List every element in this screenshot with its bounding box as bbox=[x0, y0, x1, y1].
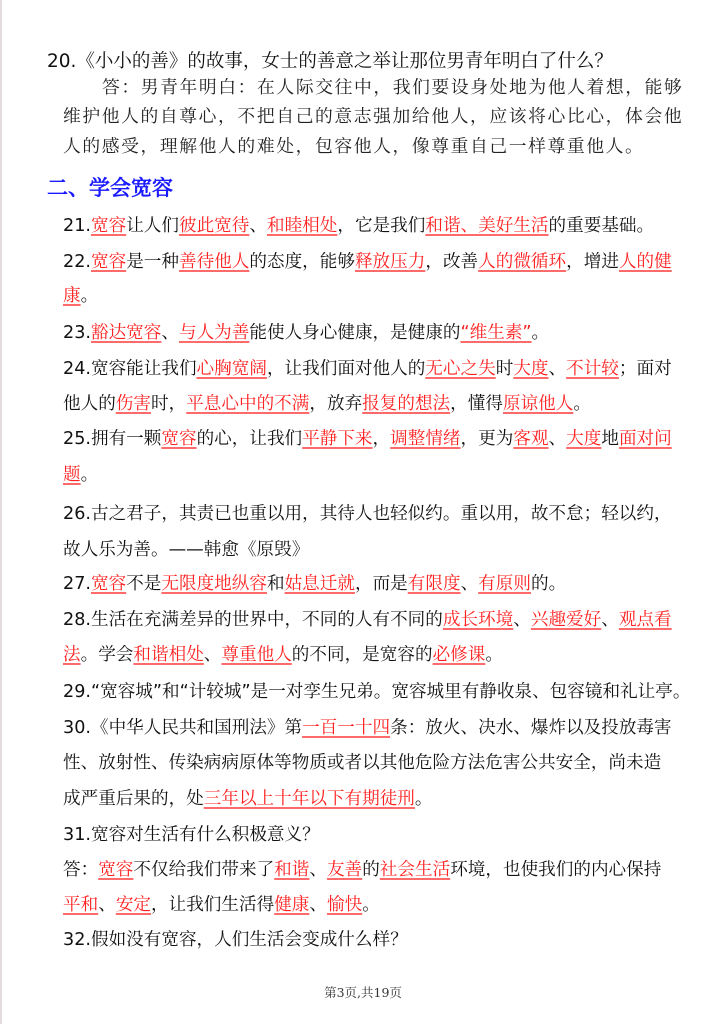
text-line: 24.宽容能让我们心胸宽阔，让我们面对他人的无心之失时大度、不计较；面对 bbox=[63, 358, 672, 380]
highlighted-keyword: 友善 bbox=[327, 860, 362, 880]
text-segment: ，增进 bbox=[566, 252, 619, 272]
text-segment: 。 bbox=[81, 286, 99, 306]
text-segment: 性、放射性、传染病病原体等物质或者以其他危险方法危害公共安全，尚未造 bbox=[63, 753, 661, 773]
highlighted-keyword: 宽容 bbox=[161, 429, 196, 449]
highlighted-keyword: 大度 bbox=[513, 359, 548, 379]
text-segment: 、 bbox=[309, 860, 327, 880]
text-segment: ，让我们面对他人的 bbox=[267, 359, 425, 379]
text-line: 他人的伤害时，平息心中的不满，放弃报复的想法，懂得原谅他人。 bbox=[63, 393, 591, 415]
highlighted-keyword: 彼此宽待 bbox=[179, 216, 249, 236]
text-segment: 是一种 bbox=[126, 252, 179, 272]
highlighted-keyword: 观点看 bbox=[619, 610, 672, 630]
text-segment: 32.假如没有宽容，人们生活会变成什么样？ bbox=[63, 930, 408, 950]
text-line: 32.假如没有宽容，人们生活会变成什么样？ bbox=[63, 929, 408, 951]
highlighted-keyword: 有原则 bbox=[478, 574, 531, 594]
highlighted-keyword: 客观 bbox=[513, 429, 548, 449]
highlighted-keyword: 宽容 bbox=[91, 574, 126, 594]
highlighted-keyword: 宽容 bbox=[91, 216, 126, 236]
highlighted-keyword: 报复的想法 bbox=[362, 394, 450, 414]
highlighted-keyword: 原谅他人 bbox=[503, 394, 573, 414]
question-20: 20.《小小的善》的故事，女士的善意之举让那位男青年明白了什么？ bbox=[47, 51, 613, 73]
highlighted-keyword: 不计较 bbox=[566, 359, 619, 379]
text-segment: 的重要基础。 bbox=[549, 216, 655, 236]
text-segment: 21. bbox=[63, 216, 91, 236]
highlighted-keyword: 三年以上十年以下有期徒刑 bbox=[204, 789, 415, 809]
highlighted-keyword: 愉快 bbox=[327, 895, 362, 915]
text-segment: 条：放火、决水、爆炸以及投放毒害 bbox=[390, 718, 672, 738]
text-line: 22.宽容是一种善待他人的态度，能够释放压力，改善人的微循环，增进人的健 bbox=[63, 251, 672, 273]
highlighted-keyword: 和谐 bbox=[274, 860, 309, 880]
text-segment: 22. bbox=[63, 252, 91, 272]
text-line: 康。 bbox=[63, 285, 98, 307]
text-line: 答：宽容不仅给我们带来了和谐、友善的社会生活环境，也使我们的内心保持 bbox=[63, 859, 661, 881]
highlighted-keyword: 大度 bbox=[566, 429, 601, 449]
text-segment: 、 bbox=[461, 574, 479, 594]
highlighted-keyword: 兴趣爱好 bbox=[531, 610, 601, 630]
text-segment: 23. bbox=[63, 323, 91, 343]
text-line: 性、放射性、传染病病原体等物质或者以其他危险方法危害公共安全，尚未造 bbox=[63, 752, 661, 774]
highlighted-keyword: 伤害 bbox=[116, 394, 151, 414]
text-segment: ，它是我们 bbox=[337, 216, 425, 236]
text-segment: 不是 bbox=[126, 574, 161, 594]
highlighted-keyword: 尊重他人 bbox=[221, 645, 291, 665]
text-segment: 24.宽容能让我们 bbox=[63, 359, 197, 379]
page-edge bbox=[0, 0, 2, 1024]
highlighted-keyword: 善待他人 bbox=[179, 252, 249, 272]
text-segment: 、 bbox=[309, 895, 327, 915]
highlighted-keyword: 姑息迁就 bbox=[285, 574, 355, 594]
text-segment: 、 bbox=[513, 610, 531, 630]
text-segment: 的不同，是宽容的 bbox=[292, 645, 433, 665]
highlighted-keyword: 必修课 bbox=[433, 645, 486, 665]
text-segment: ，懂得 bbox=[450, 394, 503, 414]
highlighted-keyword: 无限度地纵容 bbox=[161, 574, 267, 594]
text-segment: 答： bbox=[63, 860, 98, 880]
highlighted-keyword: 一百一十四 bbox=[302, 718, 390, 738]
text-segment: 31.宽容对生活有什么积极意义？ bbox=[63, 825, 320, 845]
text-line: 30.《中华人民共和国刑法》第一百一十四条：放火、决水、爆炸以及投放毒害 bbox=[63, 717, 672, 739]
text-segment: 。 bbox=[532, 323, 550, 343]
text-segment: 25.拥有一颗 bbox=[63, 429, 161, 449]
text-segment: 他人的 bbox=[63, 394, 116, 414]
text-line: 27.宽容不是无限度地纵容和姑息迁就，而是有限度、有原则的。 bbox=[63, 573, 566, 595]
highlighted-keyword: 题 bbox=[63, 465, 81, 485]
text-segment: 29.“宽容城”和“计较城”是一对孪生兄弟。宽容城里有静收泉、包容镜和礼让亭。 bbox=[63, 682, 690, 702]
highlighted-keyword: 宽容 bbox=[91, 252, 126, 272]
text-segment: 的。 bbox=[531, 574, 566, 594]
highlighted-keyword: 安定 bbox=[116, 895, 151, 915]
highlighted-keyword: 人的微循环 bbox=[478, 252, 566, 272]
highlighted-keyword: 释放压力 bbox=[355, 252, 425, 272]
highlighted-keyword: “维生素” bbox=[461, 323, 532, 343]
answer-20-line-2: 维护他人的自尊心，不把自己的意志强加给他人，应该将心比心，体会他 bbox=[63, 106, 683, 128]
text-segment: 的态度，能够 bbox=[249, 252, 355, 272]
text-segment: 。 bbox=[81, 465, 99, 485]
text-line: 成严重后果的，处三年以上十年以下有期徒刑。 bbox=[63, 788, 433, 810]
text-segment: 、 bbox=[549, 359, 567, 379]
highlighted-keyword: 调整情绪 bbox=[390, 429, 460, 449]
highlighted-keyword: 面对问 bbox=[619, 429, 672, 449]
highlighted-keyword: 有限度 bbox=[408, 574, 461, 594]
text-segment: ，放弃 bbox=[309, 394, 362, 414]
text-line: 31.宽容对生活有什么积极意义？ bbox=[63, 824, 320, 846]
text-segment: 时 bbox=[496, 359, 514, 379]
text-segment: 的心，让我们 bbox=[197, 429, 303, 449]
text-segment: 、 bbox=[601, 610, 619, 630]
highlighted-keyword: 平静下来 bbox=[302, 429, 372, 449]
highlighted-keyword: 无心之失 bbox=[425, 359, 495, 379]
text-segment: ；面对 bbox=[619, 359, 672, 379]
text-line: 26.古之君子，其责已也重以用，其待人也轻似约。重以用，故不怠；轻以约， bbox=[63, 503, 672, 525]
section-heading: 二、学会宽容 bbox=[47, 177, 173, 199]
page-footer: 第3页,共19页 bbox=[0, 983, 726, 1001]
text-segment: 、 bbox=[161, 323, 179, 343]
text-line: 23.豁达宽容、与人为善能使人身心健康，是健康的“维生素”。 bbox=[63, 322, 549, 344]
highlighted-keyword: 豁达宽容 bbox=[91, 323, 161, 343]
text-segment: 时， bbox=[151, 394, 186, 414]
text-segment: ，而是 bbox=[355, 574, 408, 594]
text-segment: 和 bbox=[267, 574, 285, 594]
text-segment: 让人们 bbox=[126, 216, 179, 236]
highlighted-keyword: 平息心中的不满 bbox=[186, 394, 309, 414]
text-segment: 28.生活在充满差异的世界中，不同的人有不同的 bbox=[63, 610, 443, 630]
text-segment: 、 bbox=[249, 216, 267, 236]
highlighted-keyword: 人的健 bbox=[619, 252, 672, 272]
highlighted-keyword: 康 bbox=[63, 286, 81, 306]
highlighted-keyword: 和睦相处 bbox=[267, 216, 337, 236]
text-segment: 。 bbox=[485, 645, 503, 665]
text-segment: ，让我们生活得 bbox=[151, 895, 274, 915]
text-segment: ，改善 bbox=[425, 252, 478, 272]
highlighted-keyword: 健康 bbox=[274, 895, 309, 915]
text-segment: 27. bbox=[63, 574, 91, 594]
text-segment: 30.《中华人民共和国刑法》第 bbox=[63, 718, 302, 738]
text-segment: 的 bbox=[362, 860, 380, 880]
text-segment: 。 bbox=[415, 789, 433, 809]
text-segment: ，更为 bbox=[461, 429, 514, 449]
text-segment: 。学会 bbox=[81, 645, 134, 665]
text-segment: 。 bbox=[362, 895, 380, 915]
text-segment: 不仅给我们带来了 bbox=[133, 860, 274, 880]
text-segment: 、 bbox=[549, 429, 567, 449]
text-segment: 成严重后果的，处 bbox=[63, 789, 204, 809]
text-segment: 、 bbox=[204, 645, 222, 665]
text-line: 21.宽容让人们彼此宽待、和睦相处，它是我们和谐、美好生活的重要基础。 bbox=[63, 215, 654, 237]
text-line: 28.生活在充满差异的世界中，不同的人有不同的成长环境、兴趣爱好、观点看 bbox=[63, 609, 672, 631]
highlighted-keyword: 心胸宽阔 bbox=[197, 359, 267, 379]
text-line: 25.拥有一颗宽容的心，让我们平静下来，调整情绪，更为客观、大度地面对问 bbox=[63, 428, 672, 450]
text-segment: 26.古之君子，其责已也重以用，其待人也轻似约。重以用，故不怠；轻以约， bbox=[63, 504, 672, 524]
highlighted-keyword: 和谐相处 bbox=[133, 645, 203, 665]
highlighted-keyword: 平和 bbox=[63, 895, 98, 915]
highlighted-keyword: 和谐、美好生活 bbox=[425, 216, 548, 236]
highlighted-keyword: 法 bbox=[63, 645, 81, 665]
answer-20-line-3: 人的感受，理解他人的难处，包容他人，像尊重自己一样尊重他人。 bbox=[63, 136, 644, 158]
highlighted-keyword: 成长环境 bbox=[443, 610, 513, 630]
text-line: 29.“宽容城”和“计较城”是一对孪生兄弟。宽容城里有静收泉、包容镜和礼让亭。 bbox=[63, 681, 690, 703]
text-segment: ， bbox=[373, 429, 391, 449]
text-segment: 地 bbox=[601, 429, 619, 449]
highlighted-keyword: 宽容 bbox=[98, 860, 133, 880]
text-line: 平和、安定，让我们生活得健康、愉快。 bbox=[63, 894, 380, 916]
highlighted-keyword: 与人为善 bbox=[179, 323, 249, 343]
text-line: 故人乐为善。——韩愈《原毁》 bbox=[63, 539, 309, 561]
text-segment: 故人乐为善。——韩愈《原毁》 bbox=[63, 540, 309, 560]
answer-20-line-1: 答：男青年明白：在人际交往中，我们要设身处地为他人着想，能够 bbox=[102, 77, 683, 99]
text-segment: 。 bbox=[573, 394, 591, 414]
text-segment: 能使人身心健康，是健康的 bbox=[249, 323, 460, 343]
text-segment: 环境，也使我们的内心保持 bbox=[450, 860, 661, 880]
highlighted-keyword: 社会生活 bbox=[380, 860, 450, 880]
text-segment: 、 bbox=[98, 895, 116, 915]
text-line: 法。学会和谐相处、尊重他人的不同，是宽容的必修课。 bbox=[63, 644, 503, 666]
text-line: 题。 bbox=[63, 464, 98, 486]
